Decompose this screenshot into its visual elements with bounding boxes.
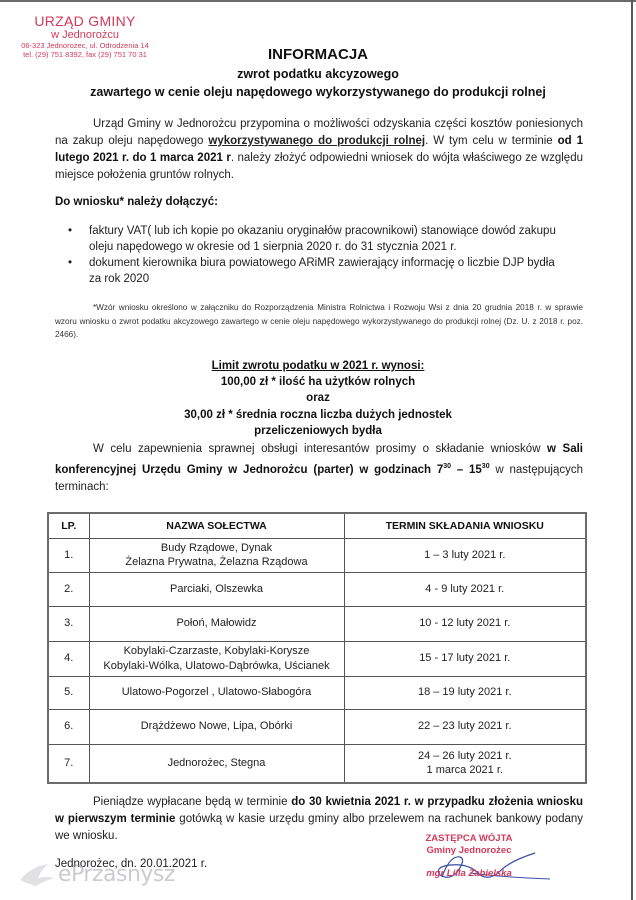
document-subtitle-2: zawartego w cenie oleju napędowego wykor… <box>0 85 636 99</box>
cell-submission-term: 15 - 17 luty 2021 r. <box>344 641 586 676</box>
cell-village-names: Parciaki, Olszewka <box>89 572 344 606</box>
intro-underlined: wykorzystywanego do produkcji rolnej <box>208 135 425 147</box>
table-row: 2.Parciaki, Olszewka4 - 9 luty 2021 r. <box>48 572 586 606</box>
signature-name: mgr Lilla Zabielska <box>404 868 534 880</box>
cell-lp: 5. <box>48 676 89 709</box>
footnote-text: *Wzór wniosku określono w załączniku do … <box>55 303 583 339</box>
schedule-table: LP. NAZWA SOŁECTWA TERMIN SKŁADANIA WNIO… <box>47 512 587 784</box>
cell-submission-term: 24 – 26 luty 2021 r.1 marca 2021 r. <box>344 744 586 783</box>
limit-title: Limit zwrotu podatku w 2021 r. wynosi: <box>0 358 636 374</box>
cell-lp: 2. <box>48 572 89 606</box>
cell-village-names: Kobylaki-Czarzaste, Kobylaki-KoryszeKoby… <box>89 641 344 676</box>
cell-lp: 7. <box>48 744 89 783</box>
cell-village-names: Połoń, Małowidz <box>89 606 344 641</box>
cell-submission-term: 22 – 23 luty 2021 r. <box>344 709 586 744</box>
cell-village-names: Jednorożec, Stegna <box>89 744 344 783</box>
stamp-municipality: w Jednorożcu <box>10 29 160 41</box>
header-term: TERMIN SKŁADANIA WNIOSKU <box>344 513 586 538</box>
limit-line-4: przeliczeniowych bydła <box>0 423 636 439</box>
limit-line-1: 100,00 zł * ilość ha użytków rolnych <box>0 374 636 390</box>
cell-submission-term: 18 – 19 luty 2021 r. <box>344 676 586 709</box>
cell-village-names: Ulatowo-Pogorzel , Ulatowo-Słabogóra <box>89 676 344 709</box>
document-title: INFORMACJA <box>0 46 636 63</box>
table-row: 3.Połoń, Małowidz10 - 12 luty 2021 r. <box>48 606 586 641</box>
cell-submission-term: 10 - 12 luty 2021 r. <box>344 606 586 641</box>
cell-submission-term: 4 - 9 luty 2021 r. <box>344 572 586 606</box>
table-row: 5.Ulatowo-Pogorzel , Ulatowo-Słabogóra18… <box>48 676 586 709</box>
cell-village-names: Budy Rządowe, DynakŻelazna Prywatna, Żel… <box>89 538 344 572</box>
location-text-1: W celu zapewnienia sprawnej obsługi inte… <box>93 443 547 455</box>
cell-lp: 6. <box>48 709 89 744</box>
watermark-bird-icon <box>18 862 58 892</box>
scan-edge-top <box>0 0 636 2</box>
limit-line-2: oraz <box>0 390 636 406</box>
signature-municipality: Gminy Jednorożec <box>404 845 534 857</box>
refund-limit: Limit zwrotu podatku w 2021 r. wynosi: 1… <box>0 358 636 439</box>
attachments-list: faktury VAT( lub ich kopie po okazaniu o… <box>68 223 568 287</box>
document-subtitle-1: zwrot podatku akcyzowego <box>0 67 636 81</box>
location-paragraph: W celu zapewnienia sprawnej obsługi inte… <box>55 441 583 496</box>
stamp-office-name: URZĄD GMINY <box>10 13 160 29</box>
attachments-heading: Do wniosku* należy dołączyć: <box>55 196 218 208</box>
document-date: Jednorożec, dn. 20.01.2021 r. <box>55 858 207 870</box>
header-lp: LP. <box>48 513 89 538</box>
payment-text-1: Pieniądze wypłacane będą w terminie <box>93 796 291 808</box>
table-row: 7.Jednorożec, Stegna24 – 26 luty 2021 r.… <box>48 744 586 783</box>
cell-village-names: Drążdżewo Nowe, Lipa, Obórki <box>89 709 344 744</box>
footnote: *Wzór wniosku określono w załączniku do … <box>55 301 583 342</box>
intro-text-2: . W tym celu w terminie <box>425 135 557 147</box>
cell-lp: 1. <box>48 538 89 572</box>
table-row: 1.Budy Rządowe, DynakŻelazna Prywatna, Ż… <box>48 538 586 572</box>
attachment-item: dokument kierownika biura powiatowego AR… <box>68 255 568 287</box>
signature-block: ZASTĘPCA WÓJTA Gminy Jednorożec mgr Lill… <box>404 833 534 880</box>
table-header-row: LP. NAZWA SOŁECTWA TERMIN SKŁADANIA WNIO… <box>48 513 586 538</box>
cell-lp: 4. <box>48 641 89 676</box>
intro-paragraph: Urząd Gminy w Jednorożcu przypomina o mo… <box>55 116 583 184</box>
limit-line-3: 30,00 zł * średnia roczna liczba dużych … <box>0 407 636 423</box>
attachment-item: faktury VAT( lub ich kopie po okazaniu o… <box>68 223 568 255</box>
signature-title: ZASTĘPCA WÓJTA <box>404 833 534 845</box>
table-row: 4.Kobylaki-Czarzaste, Kobylaki-KoryszeKo… <box>48 641 586 676</box>
cell-lp: 3. <box>48 606 89 641</box>
cell-submission-term: 1 – 3 luty 2021 r. <box>344 538 586 572</box>
table-row: 6.Drążdżewo Nowe, Lipa, Obórki22 – 23 lu… <box>48 709 586 744</box>
scan-edge-right <box>631 0 633 900</box>
header-name: NAZWA SOŁECTWA <box>89 513 344 538</box>
